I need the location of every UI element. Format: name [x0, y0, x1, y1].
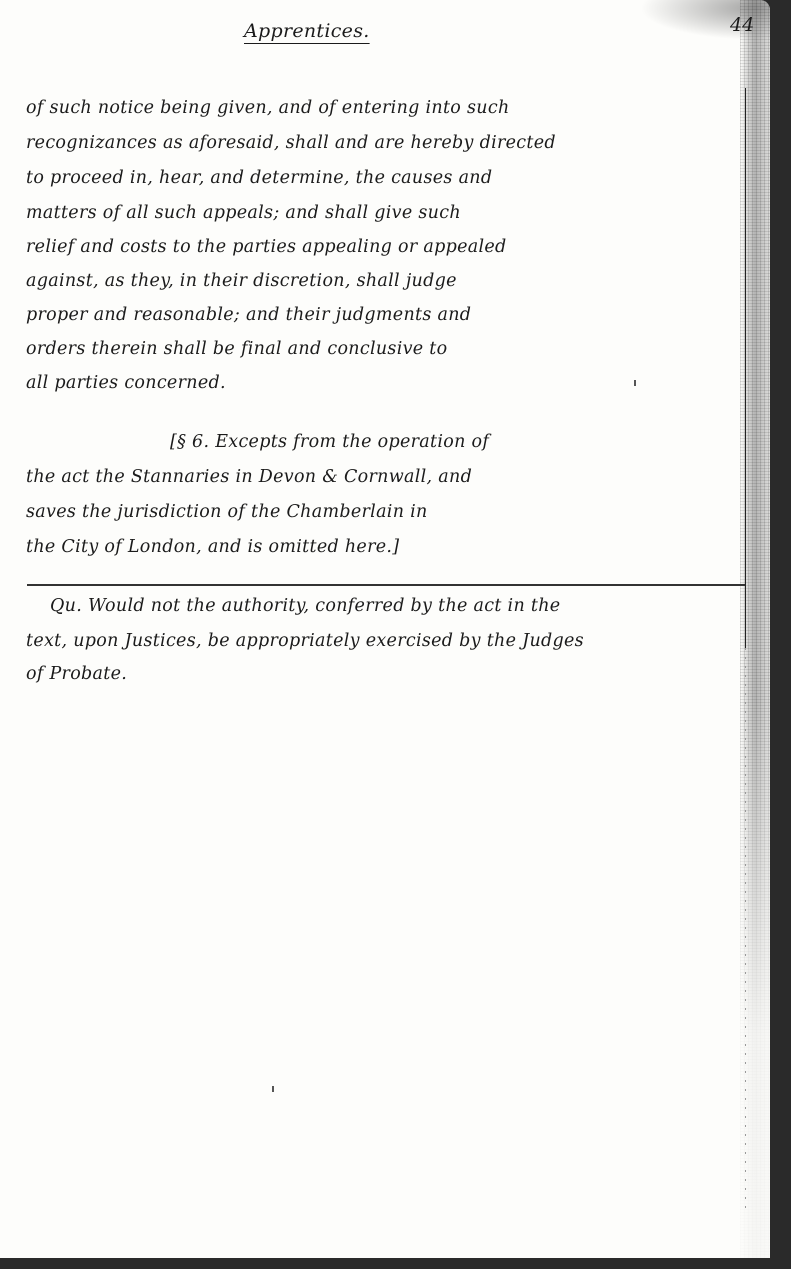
stray-mark — [272, 1086, 274, 1092]
page-heading: Apprentices. — [244, 20, 370, 42]
query-line: Qu. Would not the authority, conferred b… — [50, 596, 560, 616]
body-line: proper and reasonable; and their judgmen… — [26, 305, 471, 325]
body-line: all parties concerned. — [26, 373, 226, 393]
page-number: 44 — [730, 14, 754, 36]
manuscript-page: Apprentices. 44 of such notice being giv… — [0, 0, 770, 1258]
body-line: orders therein shall be final and conclu… — [26, 339, 447, 359]
section-note-line: saves the jurisdiction of the Chamberlai… — [26, 502, 428, 522]
body-line: recognizances as aforesaid, shall and ar… — [26, 133, 556, 153]
body-line: of such notice being given, and of enter… — [26, 98, 510, 118]
stray-mark — [634, 380, 636, 386]
section-note-line: [§ 6. Excepts from the operation of — [170, 432, 489, 452]
body-line: against, as they, in their discretion, s… — [26, 271, 457, 291]
query-line: of Probate. — [26, 664, 127, 684]
section-divider — [27, 584, 745, 586]
body-line: to proceed in, hear, and determine, the … — [26, 168, 492, 188]
section-note-line: the act the Stannaries in Devon & Cornwa… — [26, 467, 472, 487]
margin-rule-faint — [745, 648, 746, 1208]
body-line: relief and costs to the parties appealin… — [26, 237, 507, 257]
section-note-line: the City of London, and is omitted here.… — [26, 537, 399, 557]
query-line: text, upon Justices, be appropriately ex… — [26, 631, 584, 651]
margin-rule — [745, 88, 746, 648]
body-line: matters of all such appeals; and shall g… — [26, 203, 461, 223]
scan-bottom-edge — [0, 1258, 791, 1269]
